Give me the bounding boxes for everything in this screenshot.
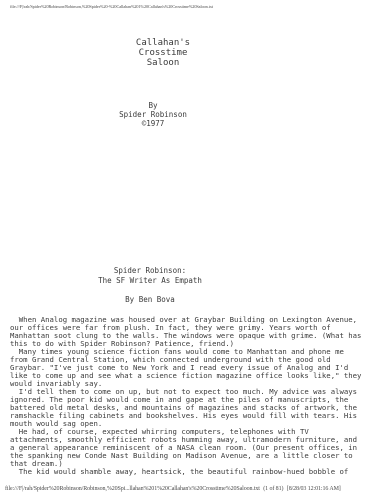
print-header-url: file:///F|/rah/Spider%20Robinson/Robinso…	[10, 4, 213, 9]
author-byline: By Spider Robinson ©1977	[73, 101, 233, 128]
book-title: Callahan's Crosstime Saloon	[83, 38, 243, 68]
foreword-heading: Spider Robinson: The SF Writer As Empath…	[70, 266, 230, 304]
footer-page-indicator: (1 of 81)	[263, 486, 283, 492]
print-footer: file:///F|/rah/Spider%20Robinson/Robinso…	[5, 486, 343, 492]
footer-timestamp: [8/28/03 12:01:16 AM]	[287, 486, 341, 492]
footer-url: file:///F|/rah/Spider%20Robinson/Robinso…	[5, 486, 260, 492]
body-text: When Analog magazine was housed over at …	[10, 316, 361, 476]
